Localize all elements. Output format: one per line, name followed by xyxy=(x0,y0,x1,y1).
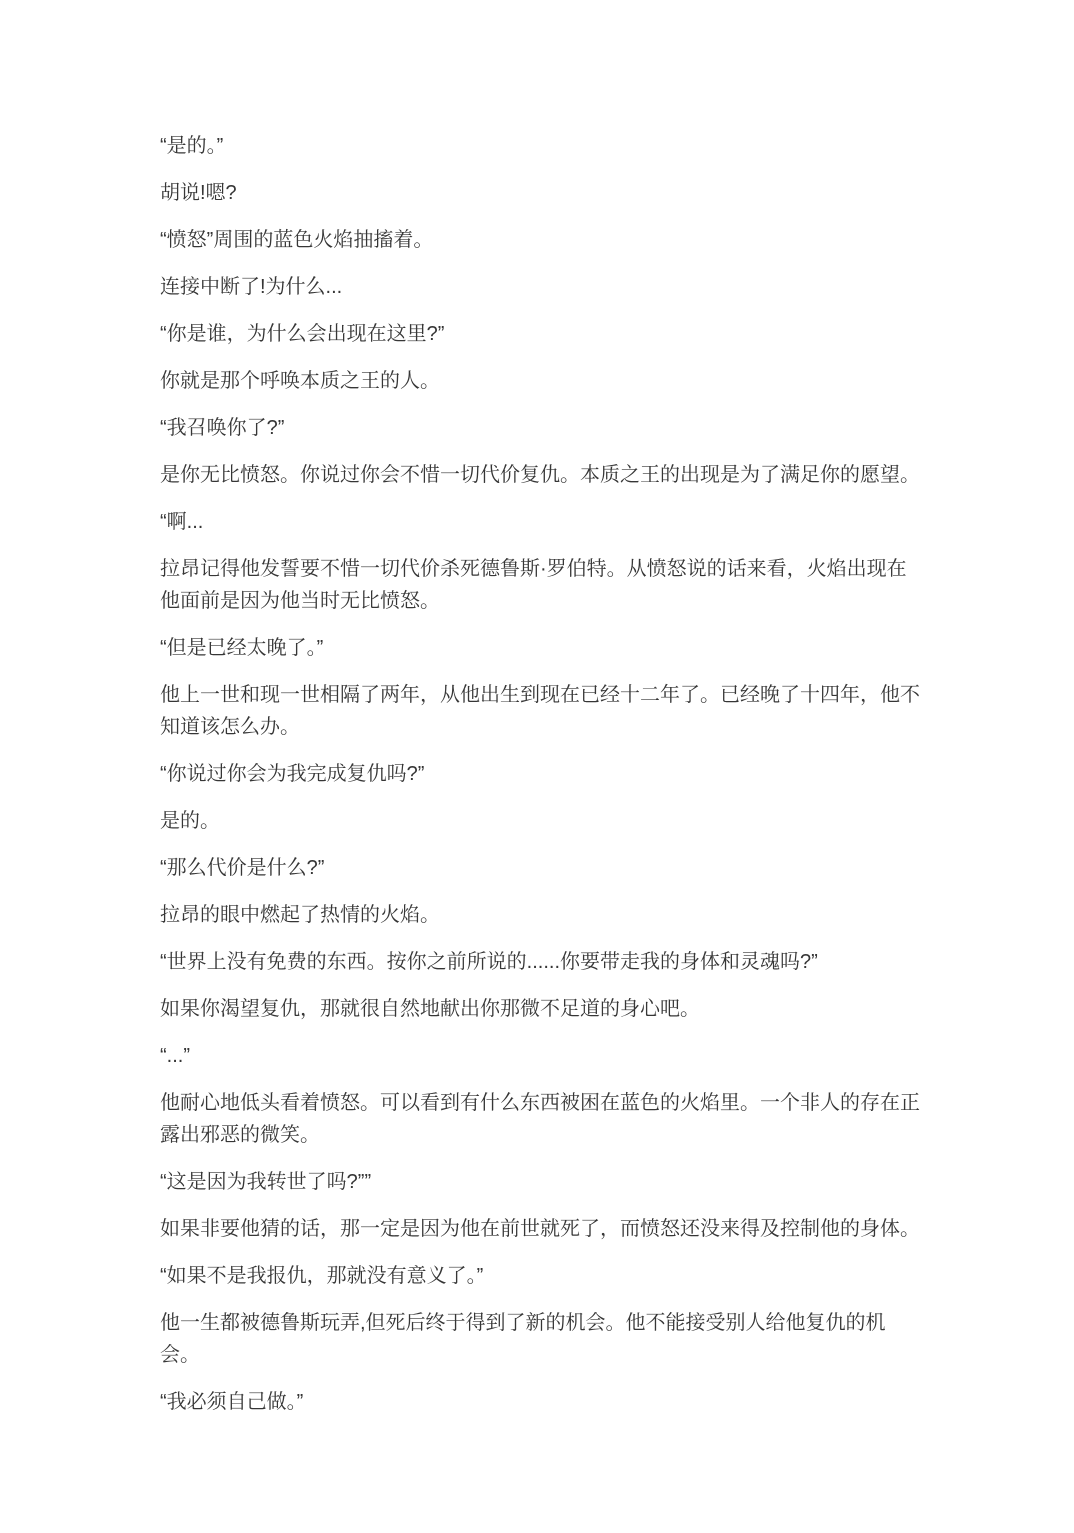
paragraph: “...” xyxy=(160,1040,922,1072)
paragraph: “这是因为我转世了吗?”” xyxy=(160,1166,922,1198)
text-content: “是的。”胡说!嗯?“愤怒”周围的蓝色火焰抽搐着。连接中断了!为什么...“你是… xyxy=(160,130,922,1418)
paragraph: 胡说!嗯? xyxy=(160,177,922,209)
paragraph: “我必须自己做。” xyxy=(160,1386,922,1418)
paragraph: “你是谁，为什么会出现在这里?” xyxy=(160,318,922,350)
paragraph: “但是已经太晚了。” xyxy=(160,632,922,664)
paragraph: 他一生都被德鲁斯玩弄,但死后终于得到了新的机会。他不能接受别人给他复仇的机会。 xyxy=(160,1307,922,1371)
paragraph: 是的。 xyxy=(160,805,922,837)
paragraph: “啊... xyxy=(160,506,922,538)
paragraph: 如果你渴望复仇，那就很自然地献出你那微不足道的身心吧。 xyxy=(160,993,922,1025)
paragraph: “我召唤你了?” xyxy=(160,412,922,444)
paragraph: 你就是那个呼唤本质之王的人。 xyxy=(160,365,922,397)
paragraph: 拉昂的眼中燃起了热情的火焰。 xyxy=(160,899,922,931)
paragraph: 是你无比愤怒。你说过你会不惜一切代价复仇。本质之王的出现是为了满足你的愿望。 xyxy=(160,459,922,491)
paragraph: “那么代价是什么?” xyxy=(160,852,922,884)
paragraph: “世界上没有免费的东西。按你之前所说的......你要带走我的身体和灵魂吗?” xyxy=(160,946,922,978)
paragraph: 拉昂记得他发誓要不惜一切代价杀死德鲁斯·罗伯特。从愤怒说的话来看，火焰出现在他面… xyxy=(160,553,922,617)
document-page: “是的。”胡说!嗯?“愤怒”周围的蓝色火焰抽搐着。连接中断了!为什么...“你是… xyxy=(0,0,1074,1533)
paragraph: 连接中断了!为什么... xyxy=(160,271,922,303)
paragraph: “愤怒”周围的蓝色火焰抽搐着。 xyxy=(160,224,922,256)
paragraph: “如果不是我报仇，那就没有意义了。” xyxy=(160,1260,922,1292)
paragraph: 他耐心地低头看着愤怒。可以看到有什么东西被困在蓝色的火焰里。一个非人的存在正露出… xyxy=(160,1087,922,1151)
paragraph: “是的。” xyxy=(160,130,922,162)
paragraph: “你说过你会为我完成复仇吗?” xyxy=(160,758,922,790)
paragraph: 他上一世和现一世相隔了两年，从他出生到现在已经十二年了。已经晚了十四年，他不知道… xyxy=(160,679,922,743)
paragraph: 如果非要他猜的话，那一定是因为他在前世就死了，而愤怒还没来得及控制他的身体。 xyxy=(160,1213,922,1245)
